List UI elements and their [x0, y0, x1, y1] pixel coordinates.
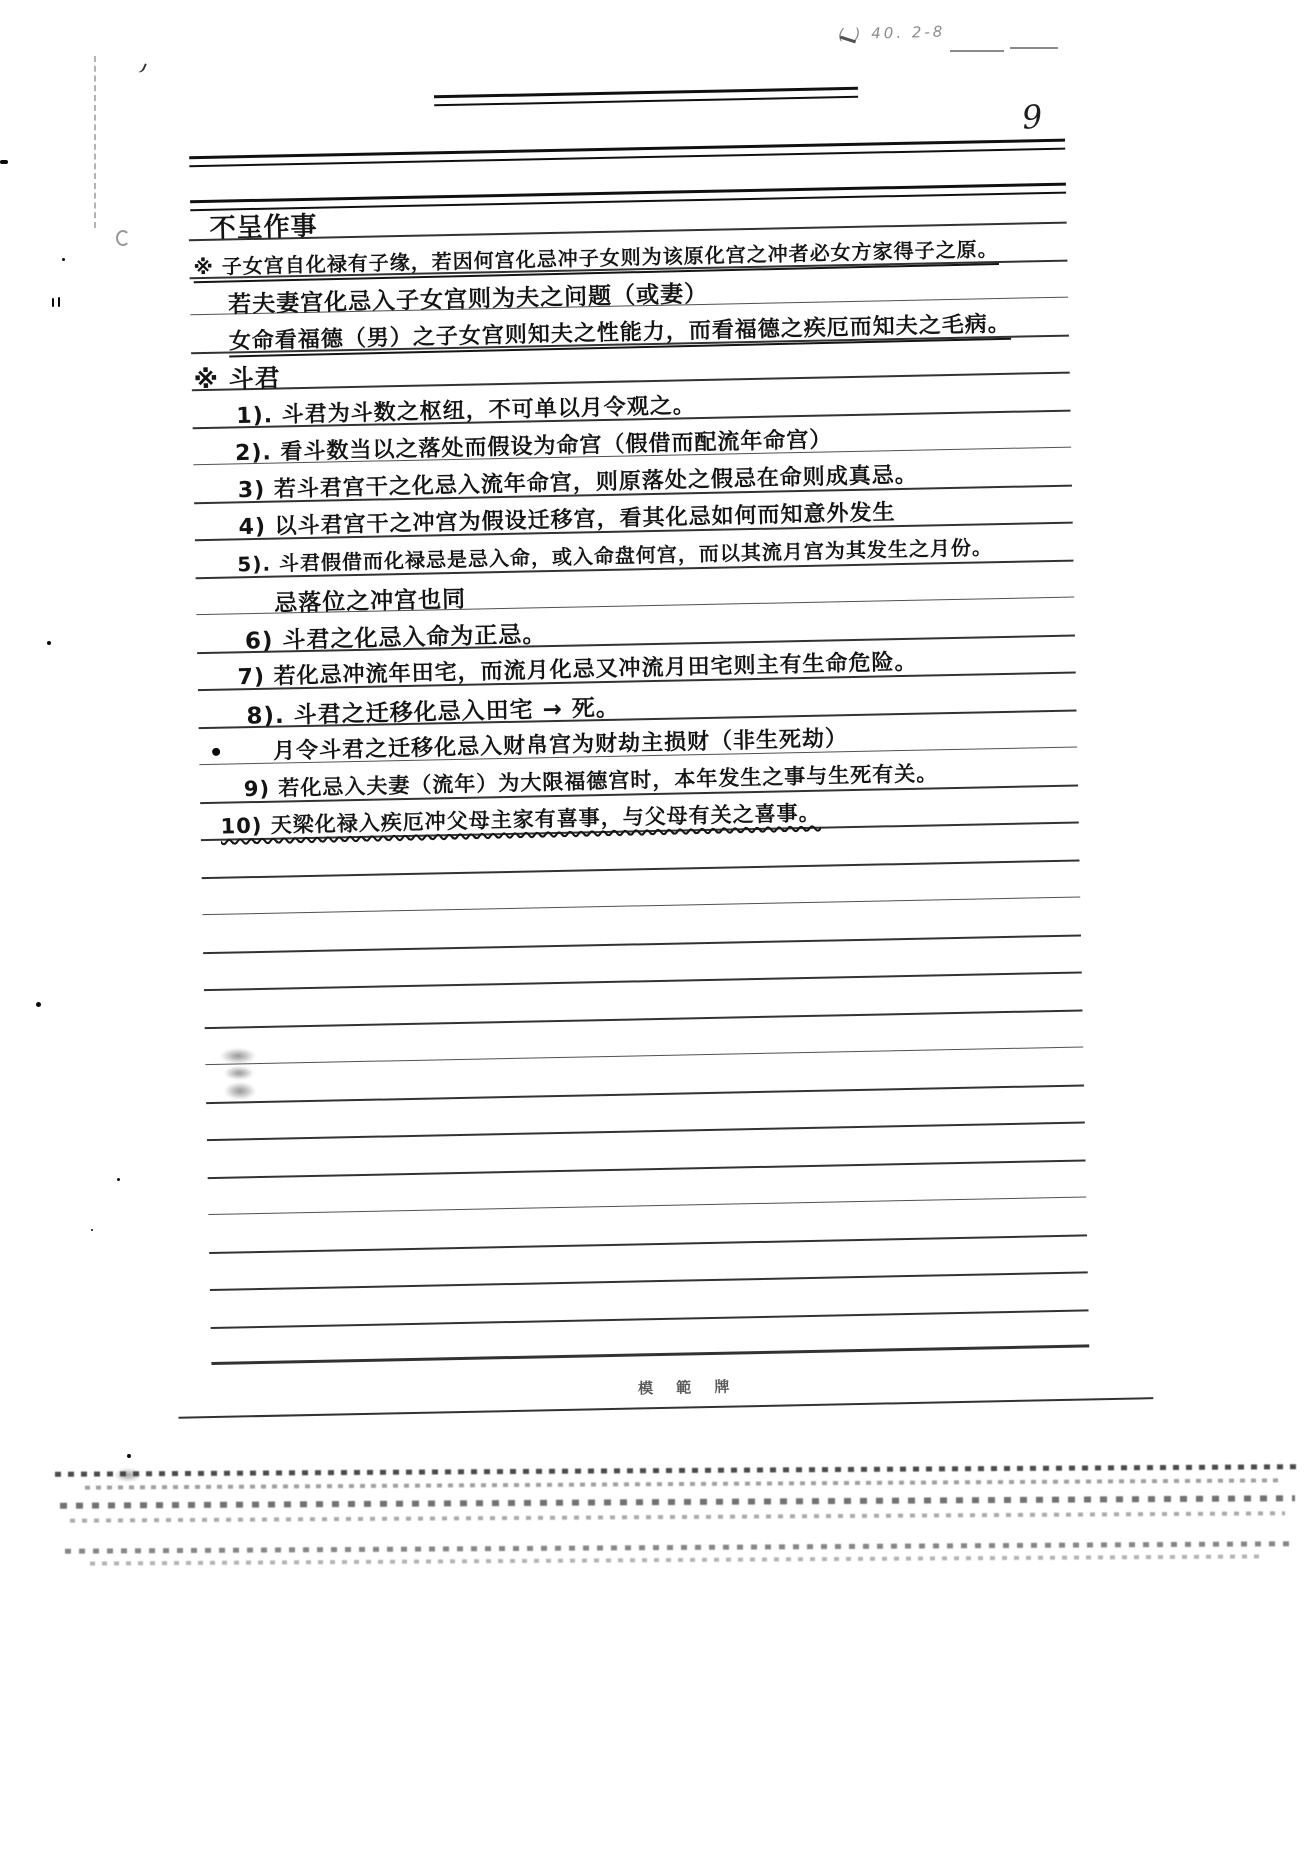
document-page: 不呈作事 ※ 子女宫自化禄有子缘，若因何宫化忌冲子女则为该原化宫之冲者必女方家得…	[0, 0, 1309, 1872]
ruled-line	[203, 934, 1081, 954]
scan-speck	[36, 1002, 41, 1007]
pencil-smudge	[220, 1048, 256, 1064]
ruled-line	[211, 1309, 1089, 1329]
scan-speck	[117, 1178, 120, 1181]
ruled-line	[206, 1084, 1084, 1104]
notebook-brand-stamp: 模 範 牌	[638, 1375, 739, 1398]
ruled-line	[204, 971, 1082, 991]
note-line: 4) 以斗君宫干之冲宫为假设迁移宫，看其化忌如何而知意外发生	[238, 495, 896, 541]
note-line: 9) 若化忌入夫妻（流年）为大限福德宫时，本年发生之事与生死有关。	[244, 757, 939, 803]
bullet-dot	[212, 748, 220, 756]
scan-speck	[127, 1454, 131, 1458]
ruled-line	[205, 1046, 1083, 1065]
scan-content-layer: 不呈作事 ※ 子女宫自化禄有子缘，若因何宫化忌冲子女则为该原化宫之冲者必女方家得…	[0, 0, 1309, 1872]
ruled-line	[205, 1009, 1083, 1029]
ruled-line	[202, 859, 1080, 879]
ruled-line	[209, 1234, 1087, 1254]
scan-speck	[91, 1229, 93, 1231]
ruled-line	[192, 372, 1070, 392]
scanner-noise-blob	[114, 1468, 142, 1482]
scan-speck	[0, 160, 8, 164]
ruled-line-double	[190, 183, 1066, 212]
ruled-line	[208, 1196, 1086, 1215]
scan-mark-curve	[116, 230, 130, 246]
ruled-line-double	[434, 87, 858, 107]
scan-speck	[52, 298, 54, 307]
ruled-line	[210, 1271, 1088, 1291]
pencil-smudge	[224, 1082, 256, 1100]
margin-dotted-line	[94, 56, 96, 228]
note-line: 2). 看斗数当以之落处而假设为命宫（假借而配流年命宫）	[235, 423, 833, 468]
ruled-line	[211, 1344, 1089, 1365]
corner-underline	[950, 50, 1004, 52]
ruled-line	[202, 897, 1080, 916]
corner-underline	[1010, 47, 1058, 49]
ruled-line-double	[189, 139, 1065, 168]
ruled-line	[207, 1121, 1085, 1141]
scan-speck	[47, 641, 51, 645]
scan-speck	[62, 258, 65, 261]
scan-speck	[58, 297, 60, 307]
page-number: 9	[1020, 97, 1044, 137]
ruled-line	[208, 1159, 1086, 1179]
ruled-line	[178, 1397, 1153, 1419]
pencil-smudge	[224, 1066, 254, 1080]
